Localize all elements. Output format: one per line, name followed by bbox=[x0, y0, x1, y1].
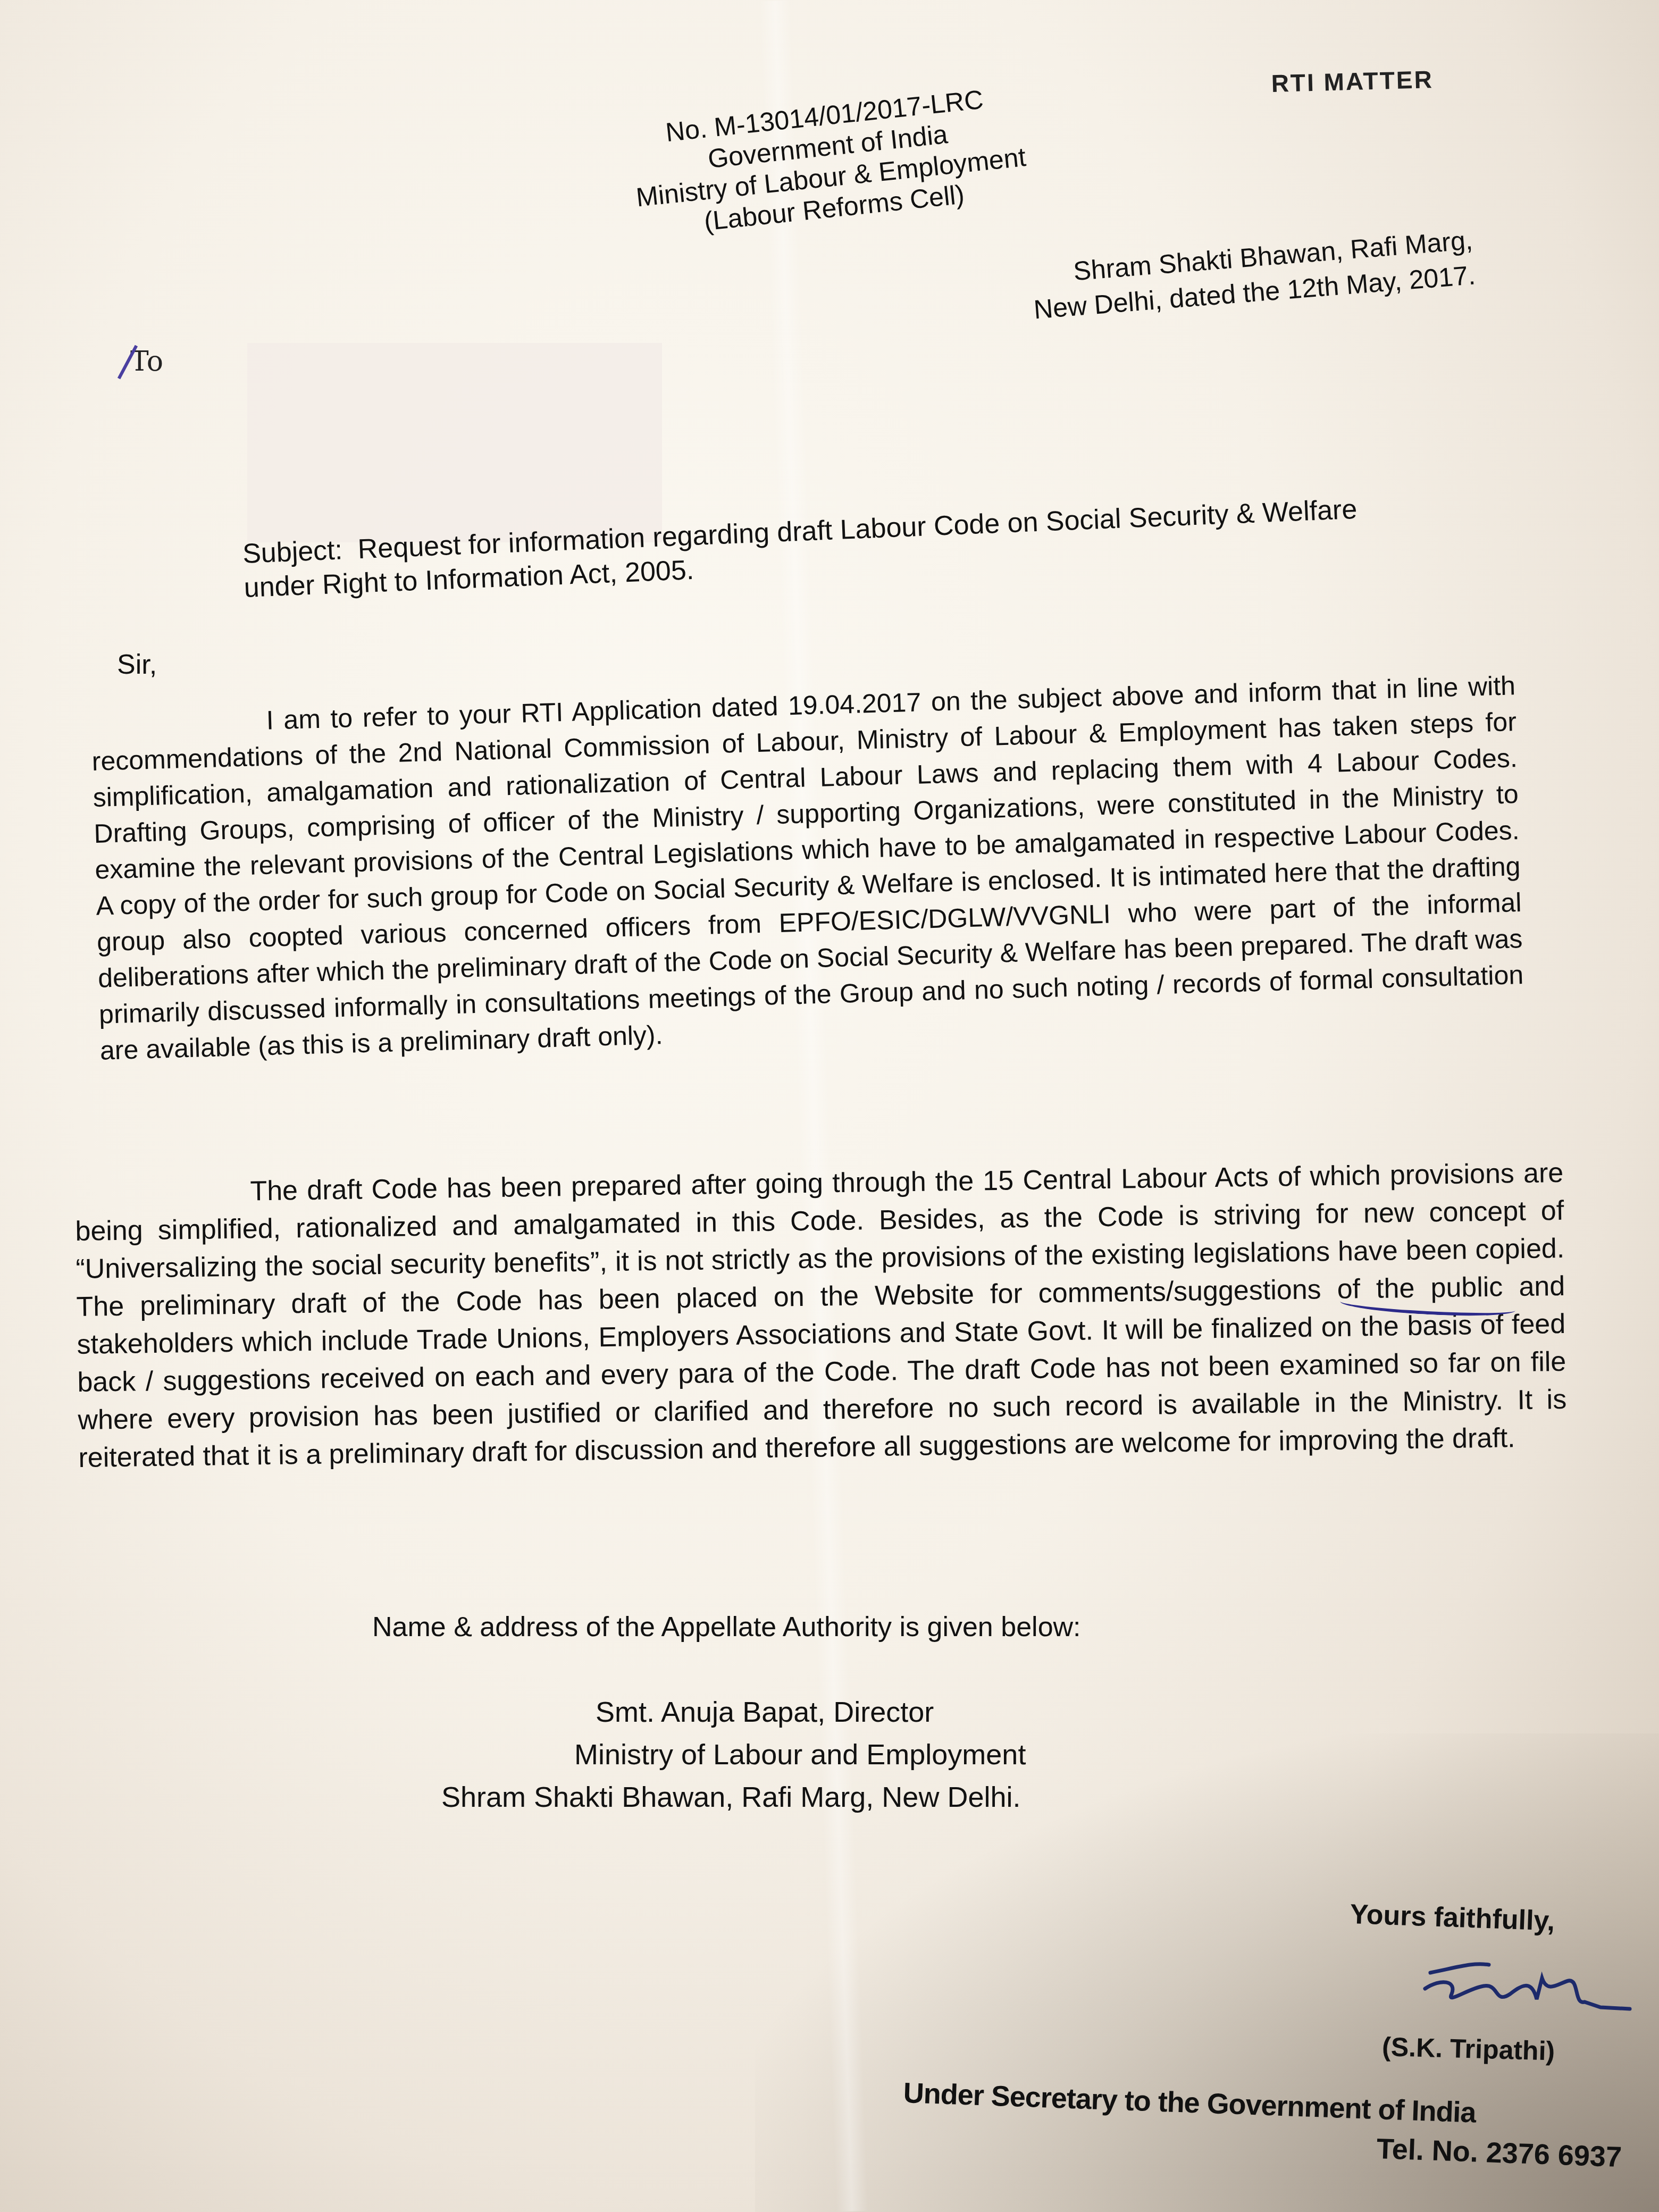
closing: Yours faithfully, bbox=[1350, 1898, 1555, 1937]
body-paragraph-2: The draft Code has been prepared after g… bbox=[74, 1154, 1568, 1477]
paper-fold bbox=[759, 0, 868, 2212]
subject-label: Subject: bbox=[242, 534, 343, 569]
authority-address: Shram Shakti Bhawan, Rafi Marg, New Delh… bbox=[441, 1776, 1026, 1819]
salutation: Sir, bbox=[117, 649, 157, 681]
appellate-authority-block: Smt. Anuja Bapat, Director Ministry of L… bbox=[596, 1691, 1026, 1819]
signatory-designation: Under Secretary to the Government of Ind… bbox=[903, 2076, 1477, 2130]
letter-reference-block: No. M-13014/01/2017-LRC Government of In… bbox=[590, 76, 1068, 248]
redacted-recipient-address bbox=[247, 343, 662, 542]
authority-ministry: Ministry of Labour and Employment bbox=[574, 1733, 1026, 1776]
signature-icon bbox=[1409, 1957, 1632, 2021]
recipient-label: To bbox=[130, 346, 163, 378]
rti-matter-marking: RTI MATTER bbox=[1271, 65, 1434, 98]
signatory-phone: Tel. No. 2376 6937 bbox=[1376, 2132, 1622, 2174]
signatory-name: (S.K. Tripathi) bbox=[1381, 2031, 1555, 2066]
body-paragraph-1: I am to refer to your RTI Application da… bbox=[90, 667, 1525, 1069]
authority-name: Smt. Anuja Bapat, Director bbox=[596, 1691, 1026, 1733]
appellate-intro: Name & address of the Appellate Authorit… bbox=[372, 1611, 1081, 1643]
sender-address: Shram Shakti Bhawan, Rafi Marg, New Delh… bbox=[920, 222, 1477, 336]
